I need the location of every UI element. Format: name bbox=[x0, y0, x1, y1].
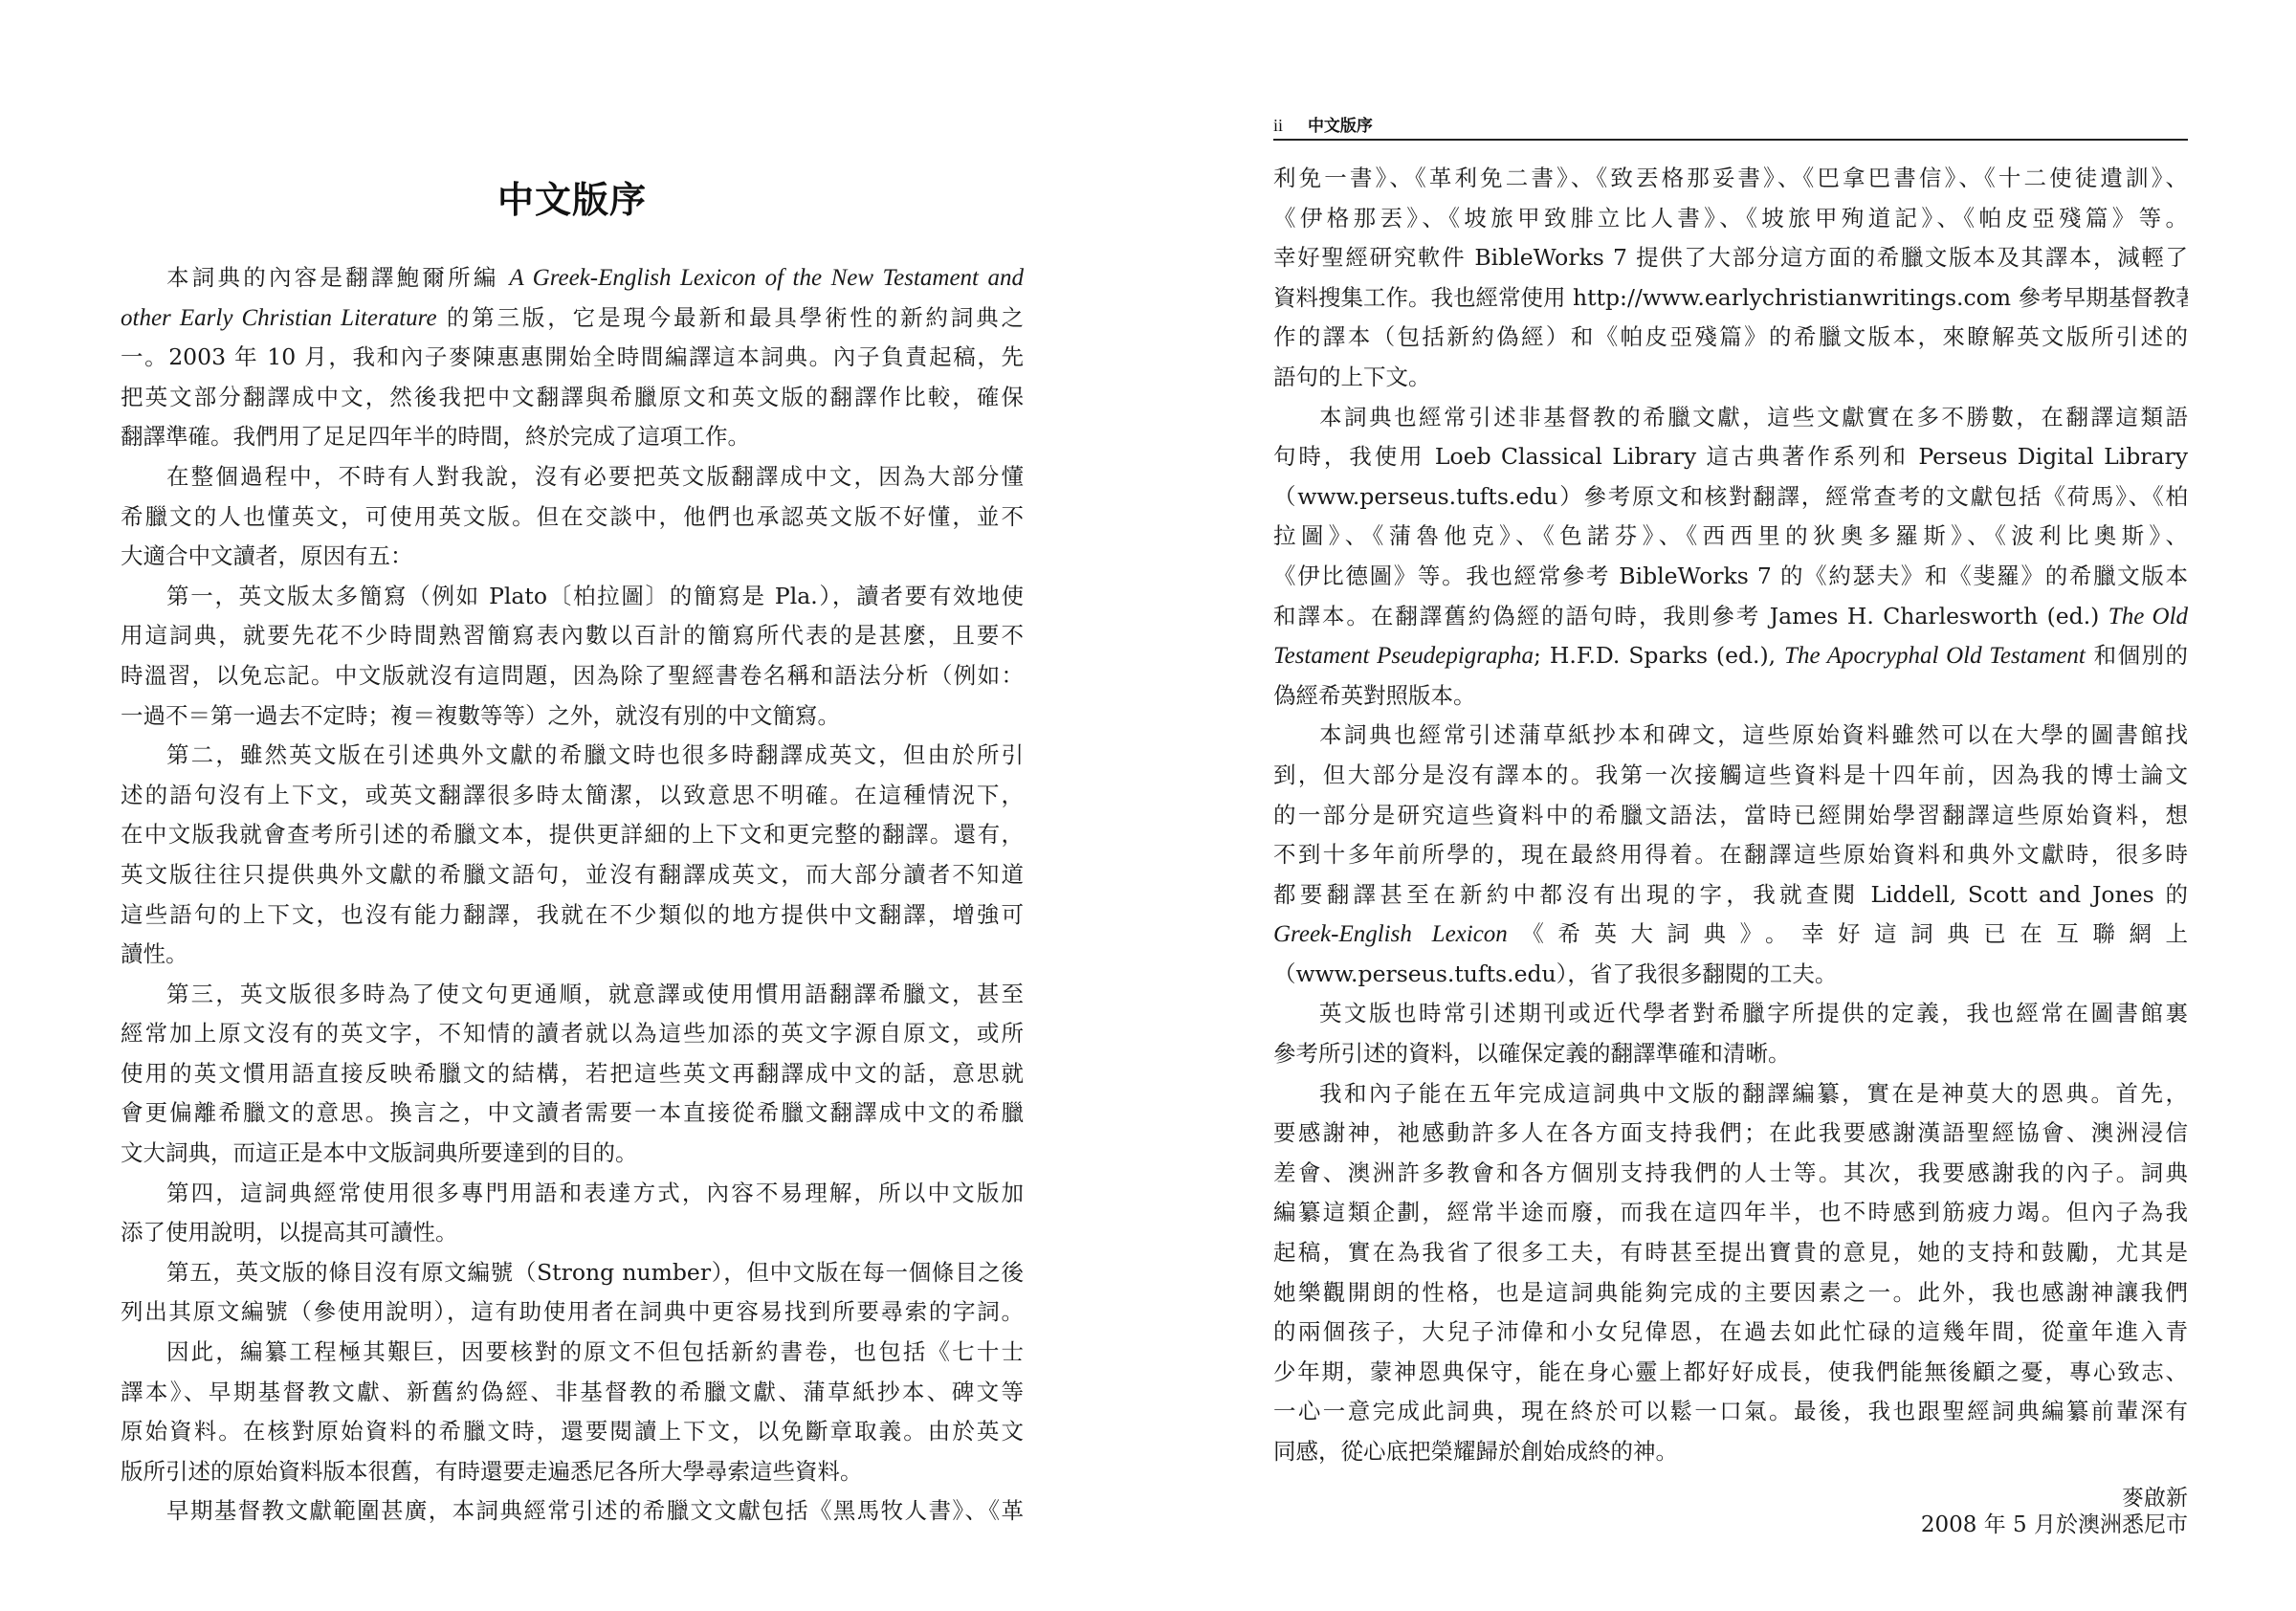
text-line: 一過不＝第一過去不定時；複＝複數等等）之外，就沒有別的中文簡寫。 bbox=[121, 696, 1024, 737]
text-run: 的一部分是研究這些資料中的希臘文語法，當時已經開始學習翻譯這些原始資料，想 bbox=[1273, 802, 2188, 828]
text-line: 偽經希英對照版本。 bbox=[1273, 676, 2188, 717]
text-run: 原始資料。在核對原始資料的希臘文時，還要閱讀上下文，以免斷章取義。由於英文 bbox=[121, 1418, 1024, 1445]
text-line: 不到十多年前所學的，現在最終用得着。在翻譯這些原始資料和典外文獻時，很多時 bbox=[1273, 835, 2188, 875]
text-line: 本詞典也經常引述蒲草紙抄本和碑文，這些原始資料雖然可以在大學的圖書館找 bbox=[1273, 716, 2188, 756]
text-run: 要感謝神，祂感動許多人在各方面支持我們；在此我要感謝漢語聖經協會、澳洲浸信 bbox=[1273, 1119, 2188, 1146]
left-page-body: 本詞典的內容是翻譯鮑爾所編 A Greek-English Lexicon of… bbox=[121, 258, 1024, 1532]
text-run: 本詞典也經常引述非基督教的希臘文獻，這些文獻實在多不勝數，在翻譯這類語 bbox=[1319, 404, 2188, 430]
text-line: 會更偏離希臘文的意思。換言之，中文讀者需要一本直接從希臘文翻譯成中文的希臘 bbox=[121, 1093, 1024, 1134]
text-run: 和譯本。在翻譯舊約偽經的語句時，我則參考 James H. Charleswor… bbox=[1273, 603, 2108, 629]
text-line: 語句的上下文。 bbox=[1273, 358, 2188, 398]
text-line: 添了使用說明，以提高其可讀性。 bbox=[121, 1213, 1024, 1253]
italic-title-text: The Old bbox=[2108, 604, 2188, 629]
text-run: 我和內子能在五年完成這詞典中文版的翻譯編纂，實在是神莫大的恩典。首先， bbox=[1319, 1080, 2188, 1107]
text-run: 因此，編纂工程極其艱巨，因要核對的原文不但包括新約書卷，也包括《七十士 bbox=[166, 1338, 1024, 1365]
text-run: 拉圖》、《蒲魯他克》、《色諾芬》、《西西里的狄奧多羅斯》、《波利比奧斯》、 bbox=[1273, 522, 2188, 549]
running-header-title: 中文版序 bbox=[1308, 117, 1373, 136]
text-line: 希臘文的人也懂英文，可使用英文版。但在交談中，他們也承認英文版不好懂，並不 bbox=[121, 497, 1024, 538]
text-run: 參考所引述的資料，以確保定義的翻譯準確和清晰。 bbox=[1273, 1040, 1791, 1067]
text-run: 經常加上原文沒有的英文字，不知情的讀者就以為這些加添的英文字源自原文，或所 bbox=[121, 1020, 1024, 1047]
text-run: 一過不＝第一過去不定時；複＝複數等等）之外，就沒有別的中文簡寫。 bbox=[121, 702, 840, 729]
text-run: 資料搜集工作。我也經常使用 http://www.earlychristianw… bbox=[1273, 284, 2188, 311]
italic-title-text: The Apocryphal Old Testament bbox=[1784, 643, 2086, 669]
text-line: 起稿，實在為我省了很多工夫，有時甚至提出寶貴的意見，她的支持和鼓勵，尤其是 bbox=[1273, 1233, 2188, 1273]
text-run: 本詞典也經常引述蒲草紙抄本和碑文，這些原始資料雖然可以在大學的圖書館找 bbox=[1319, 721, 2188, 748]
date-place: 2008 年 5 月於澳洲悉尼市 bbox=[1921, 1512, 2188, 1538]
text-run: 幸好聖經研究軟件 BibleWorks 7 提供了大部分這方面的希臘文版本及其譯… bbox=[1273, 244, 2188, 271]
text-line: 第五，英文版的條目沒有原文編號（Strong number），但中文版在每一個條… bbox=[121, 1253, 1024, 1293]
text-line: 幸好聖經研究軟件 BibleWorks 7 提供了大部分這方面的希臘文版本及其譯… bbox=[1273, 238, 2188, 278]
page-title: 中文版序 bbox=[121, 170, 1024, 223]
text-line: 早期基督教文獻範圍甚廣，本詞典經常引述的希臘文文獻包括《黑馬牧人書》、《革 bbox=[121, 1491, 1024, 1532]
text-run: 譯本》、早期基督教文獻、新舊約偽經、非基督教的希臘文獻、蒲草紙抄本、碑文等 bbox=[121, 1379, 1024, 1405]
text-line: 的一部分是研究這些資料中的希臘文語法，當時已經開始學習翻譯這些原始資料，想 bbox=[1273, 796, 2188, 836]
text-run: 《伊格那丟》、《坡旅甲致腓立比人書》、《坡旅甲殉道記》、《帕皮亞殘篇》等。 bbox=[1273, 205, 2188, 232]
text-run: 她樂觀開朗的性格，也是這詞典能夠完成的主要因素之一。此外，我也感謝神讓我們 bbox=[1273, 1279, 2188, 1306]
text-line: 列出其原文編號（參使用說明），這有助使用者在詞典中更容易找到所要尋索的字詞。 bbox=[121, 1292, 1024, 1333]
text-run: 早期基督教文獻範圍甚廣，本詞典經常引述的希臘文文獻包括《黑馬牧人書》、《革 bbox=[166, 1497, 1024, 1524]
text-line: 述的語句沒有上下文，或英文翻譯很多時太簡潔，以致意思不明確。在這種情況下， bbox=[121, 776, 1024, 816]
text-run: 語句的上下文。 bbox=[1273, 364, 1431, 390]
italic-title-text: other Early Christian Literature bbox=[121, 305, 437, 331]
right-page: ii 中文版序 利免一書》、《革利免二書》、《致丟格那妥書》、《巴拿巴書信》、《… bbox=[1273, 0, 2188, 1611]
text-run: ; H.F.D. Sparks (ed.), bbox=[1534, 642, 1784, 669]
text-line: 因此，編纂工程極其艱巨，因要核對的原文不但包括新約書卷，也包括《七十士 bbox=[121, 1333, 1024, 1373]
text-run: 第二，雖然英文版在引述典外文獻的希臘文時也很多時翻譯成英文，但由於所引 bbox=[166, 741, 1024, 768]
text-run: 的兩個孩子，大兒子沛偉和小女兒偉恩，在過去如此忙碌的這幾年間，從童年進入青 bbox=[1273, 1318, 2188, 1345]
text-line: （www.perseus.tufts.edu）參考原文和核對翻譯，經常查考的文獻… bbox=[1273, 477, 2188, 518]
text-line: 本詞典的內容是翻譯鮑爾所編 A Greek-English Lexicon of… bbox=[121, 258, 1024, 298]
text-line: （www.perseus.tufts.edu），省了我很多翻閱的工夫。 bbox=[1273, 955, 2188, 995]
text-line: 版所引述的原始資料版本很舊，有時還要走遍悉尼各所大學尋索這些資料。 bbox=[121, 1452, 1024, 1492]
text-run: 添了使用說明，以提高其可讀性。 bbox=[121, 1219, 458, 1246]
text-run: 本詞典的內容是翻譯鮑爾所編 bbox=[166, 264, 509, 291]
running-header: ii 中文版序 bbox=[1273, 112, 2188, 141]
text-line: 第二，雖然英文版在引述典外文獻的希臘文時也很多時翻譯成英文，但由於所引 bbox=[121, 736, 1024, 776]
text-run: 使用的英文慣用語直接反映希臘文的結構，若把這些英文再翻譯成中文的話，意思就 bbox=[121, 1060, 1024, 1087]
text-line: 時溫習，以免忘記。中文版就沒有這問題，因為除了聖經書卷名稱和語法分析（例如： bbox=[121, 656, 1024, 696]
text-run: 第一，英文版太多簡寫（例如 Plato〔柏拉圖〕的簡寫是 Pla.），讀者要有效… bbox=[166, 583, 1024, 609]
text-line: 大適合中文讀者，原因有五： bbox=[121, 537, 1024, 577]
text-run: 不到十多年前所學的，現在最終用得着。在翻譯這些原始資料和典外文獻時，很多時 bbox=[1273, 841, 2188, 868]
text-line: 差會、澳洲許多教會和各方個別支持我們的人士等。其次，我要感謝我的內子。詞典 bbox=[1273, 1154, 2188, 1194]
text-run: 《伊比德圖》等。我也經常參考 BibleWorks 7 的《約瑟夫》和《斐羅》的… bbox=[1273, 563, 2188, 589]
text-line: 原始資料。在核對原始資料的希臘文時，還要閱讀上下文，以免斷章取義。由於英文 bbox=[121, 1412, 1024, 1452]
text-run: 這些語句的上下文，也沒有能力翻譯，我就在不少類似的地方提供中文翻譯，增強可 bbox=[121, 901, 1024, 928]
text-run: （www.perseus.tufts.edu），省了我很多翻閱的工夫。 bbox=[1273, 960, 1837, 987]
text-line: 她樂觀開朗的性格，也是這詞典能夠完成的主要因素之一。此外，我也感謝神讓我們 bbox=[1273, 1273, 2188, 1313]
text-line: 在整個過程中，不時有人對我說，沒有必要把英文版翻譯成中文，因為大部分懂 bbox=[121, 457, 1024, 497]
text-line: 讀性。 bbox=[121, 935, 1024, 975]
text-run: 的第三版，它是現今最新和最具學術性的新約詞典之 bbox=[437, 304, 1024, 331]
text-line: 拉圖》、《蒲魯他克》、《色諾芬》、《西西里的狄奧多羅斯》、《波利比奧斯》、 bbox=[1273, 517, 2188, 557]
text-line: Testament Pseudepigrapha; H.F.D. Sparks … bbox=[1273, 636, 2188, 676]
text-line: 我和內子能在五年完成這詞典中文版的翻譯編纂，實在是神莫大的恩典。首先， bbox=[1273, 1074, 2188, 1114]
text-run: 到，但大部分是沒有譯本的。我第一次接觸這些資料是十四年前，因為我的博士論文 bbox=[1273, 761, 2188, 788]
text-run: 起稿，實在為我省了很多工夫，有時甚至提出寶貴的意見，她的支持和鼓勵，尤其是 bbox=[1273, 1239, 2188, 1266]
text-run: 句時，我使用 Loeb Classical Library 這古典著作系列和 P… bbox=[1273, 443, 2188, 470]
text-line: 一心一意完成此詞典，現在終於可以鬆一口氣。最後，我也跟聖經詞典編纂前輩深有 bbox=[1273, 1392, 2188, 1432]
text-line: 《伊比德圖》等。我也經常參考 BibleWorks 7 的《約瑟夫》和《斐羅》的… bbox=[1273, 557, 2188, 597]
text-run: 用這詞典，就要先花不少時間熟習簡寫表內數以百計的簡寫所代表的是甚麼，且要不 bbox=[121, 622, 1024, 649]
text-run: 差會、澳洲許多教會和各方個別支持我們的人士等。其次，我要感謝我的內子。詞典 bbox=[1273, 1159, 2188, 1186]
text-line: 句時，我使用 Loeb Classical Library 這古典著作系列和 P… bbox=[1273, 437, 2188, 477]
text-run: 都要翻譯甚至在新約中都沒有出現的字，我就查閱 Liddell, Scott an… bbox=[1273, 881, 2188, 908]
text-line: 使用的英文慣用語直接反映希臘文的結構，若把這些英文再翻譯成中文的話，意思就 bbox=[121, 1054, 1024, 1094]
text-line: 到，但大部分是沒有譯本的。我第一次接觸這些資料是十四年前，因為我的博士論文 bbox=[1273, 756, 2188, 796]
italic-title-text: Greek-English Lexicon bbox=[1273, 921, 1508, 947]
text-line: 譯本》、早期基督教文獻、新舊約偽經、非基督教的希臘文獻、蒲草紙抄本、碑文等 bbox=[121, 1373, 1024, 1413]
italic-title-text: Testament Pseudepigrapha bbox=[1273, 643, 1534, 669]
left-page: 中文版序 本詞典的內容是翻譯鮑爾所編 A Greek-English Lexic… bbox=[121, 0, 1024, 1611]
text-run: 翻譯準確。我們用了足足四年半的時間，終於完成了這項工作。 bbox=[121, 423, 750, 450]
text-run: 一。2003 年 10 月，我和內子麥陳惠惠開始全時間編譯這本詞典。內子負責起稿… bbox=[121, 343, 1024, 370]
text-line: 少年期，蒙神恩典保守，能在身心靈上都好好成長，使我們能無後顧之憂，專心致志、 bbox=[1273, 1353, 2188, 1393]
author-name: 麥啟新 bbox=[1921, 1485, 2188, 1512]
text-line: 英文版也時常引述期刊或近代學者對希臘字所提供的定義，我也經常在圖書館裏 bbox=[1273, 994, 2188, 1034]
page-number: ii bbox=[1273, 116, 1283, 135]
text-run: 第三，英文版很多時為了使文句更通順，就意譯或使用慣用語翻譯希臘文，甚至 bbox=[166, 981, 1024, 1007]
text-line: 編纂這類企劃，經常半途而廢，而我在這四年半，也不時感到筋疲力竭。但內子為我 bbox=[1273, 1193, 2188, 1233]
text-line: Greek-English Lexicon《希英大詞典》。幸好這詞典已在互聯網上 bbox=[1273, 915, 2188, 955]
text-run: 利免一書》、《革利免二書》、《致丟格那妥書》、《巴拿巴書信》、《十二使徒遺訓》、 bbox=[1273, 165, 2188, 191]
text-run: 《希英大詞典》。幸好這詞典已在互聯網上 bbox=[1508, 920, 2188, 947]
signature-block: 麥啟新 2008 年 5 月於澳洲悉尼市 bbox=[1921, 1485, 2188, 1538]
italic-title-text: A Greek-English Lexicon of the New Testa… bbox=[509, 265, 1024, 291]
text-run: 版所引述的原始資料版本很舊，有時還要走遍悉尼各所大學尋索這些資料。 bbox=[121, 1458, 863, 1485]
text-run: 會更偏離希臘文的意思。換言之，中文讀者需要一本直接從希臘文翻譯成中文的希臘 bbox=[121, 1099, 1024, 1126]
text-line: 利免一書》、《革利免二書》、《致丟格那妥書》、《巴拿巴書信》、《十二使徒遺訓》、 bbox=[1273, 159, 2188, 199]
text-line: 第三，英文版很多時為了使文句更通順，就意譯或使用慣用語翻譯希臘文，甚至 bbox=[121, 975, 1024, 1015]
text-run: 偽經希英對照版本。 bbox=[1273, 682, 1476, 709]
text-line: 英文版往往只提供典外文獻的希臘文語句，並沒有翻譯成英文，而大部分讀者不知道 bbox=[121, 855, 1024, 895]
text-line: 《伊格那丟》、《坡旅甲致腓立比人書》、《坡旅甲殉道記》、《帕皮亞殘篇》等。 bbox=[1273, 199, 2188, 239]
text-line: 本詞典也經常引述非基督教的希臘文獻，這些文獻實在多不勝數，在翻譯這類語 bbox=[1273, 398, 2188, 438]
text-line: 用這詞典，就要先花不少時間熟習簡寫表內數以百計的簡寫所代表的是甚麼，且要不 bbox=[121, 616, 1024, 656]
text-run: 少年期，蒙神恩典保守，能在身心靈上都好好成長，使我們能無後顧之憂，專心致志、 bbox=[1273, 1358, 2188, 1385]
text-run: 英文版往往只提供典外文獻的希臘文語句，並沒有翻譯成英文，而大部分讀者不知道 bbox=[121, 861, 1024, 888]
text-run: 列出其原文編號（參使用說明），這有助使用者在詞典中更容易找到所要尋索的字詞。 bbox=[121, 1298, 1024, 1325]
text-line: 資料搜集工作。我也經常使用 http://www.earlychristianw… bbox=[1273, 278, 2188, 319]
text-run: 作的譯本（包括新約偽經）和《帕皮亞殘篇》的希臘文版本，來瞭解英文版所引述的 bbox=[1273, 323, 2188, 350]
text-run: 把英文部分翻譯成中文，然後我把中文翻譯與希臘原文和英文版的翻譯作比較，確保 bbox=[121, 384, 1024, 410]
text-run: 英文版也時常引述期刊或近代學者對希臘字所提供的定義，我也經常在圖書館裏 bbox=[1319, 1000, 2188, 1026]
text-line: 要感謝神，祂感動許多人在各方面支持我們；在此我要感謝漢語聖經協會、澳洲浸信 bbox=[1273, 1114, 2188, 1154]
text-line: other Early Christian Literature 的第三版，它是… bbox=[121, 298, 1024, 339]
text-line: 和譯本。在翻譯舊約偽經的語句時，我則參考 James H. Charleswor… bbox=[1273, 597, 2188, 637]
text-line: 經常加上原文沒有的英文字，不知情的讀者就以為這些加添的英文字源自原文，或所 bbox=[121, 1014, 1024, 1054]
text-run: 讀性。 bbox=[121, 940, 188, 967]
text-run: 第四，這詞典經常使用很多專門用語和表達方式，內容不易理解，所以中文版加 bbox=[166, 1180, 1024, 1206]
text-line: 這些語句的上下文，也沒有能力翻譯，我就在不少類似的地方提供中文翻譯，增強可 bbox=[121, 895, 1024, 936]
text-line: 都要翻譯甚至在新約中都沒有出現的字，我就查閱 Liddell, Scott an… bbox=[1273, 875, 2188, 916]
text-run: 述的語句沒有上下文，或英文翻譯很多時太簡潔，以致意思不明確。在這種情況下， bbox=[121, 782, 1024, 808]
text-run: 大適合中文讀者，原因有五： bbox=[121, 542, 413, 569]
text-run: 時溫習，以免忘記。中文版就沒有這問題，因為除了聖經書卷名稱和語法分析（例如： bbox=[121, 662, 1024, 689]
text-run: 第五，英文版的條目沒有原文編號（Strong number），但中文版在每一個條… bbox=[166, 1259, 1024, 1286]
text-line: 把英文部分翻譯成中文，然後我把中文翻譯與希臘原文和英文版的翻譯作比較，確保 bbox=[121, 378, 1024, 418]
right-page-body: 利免一書》、《革利免二書》、《致丟格那妥書》、《巴拿巴書信》、《十二使徒遺訓》、… bbox=[1273, 159, 2188, 1472]
text-line: 的兩個孩子，大兒子沛偉和小女兒偉恩，在過去如此忙碌的這幾年間，從童年進入青 bbox=[1273, 1313, 2188, 1353]
text-run: （www.perseus.tufts.edu）參考原文和核對翻譯，經常查考的文獻… bbox=[1273, 483, 2188, 510]
text-line: 同感，從心底把榮耀歸於創始成終的神。 bbox=[1273, 1432, 2188, 1472]
text-run: 同感，從心底把榮耀歸於創始成終的神。 bbox=[1273, 1438, 1678, 1465]
text-line: 翻譯準確。我們用了足足四年半的時間，終於完成了這項工作。 bbox=[121, 417, 1024, 457]
text-line: 作的譯本（包括新約偽經）和《帕皮亞殘篇》的希臘文版本，來瞭解英文版所引述的 bbox=[1273, 318, 2188, 358]
text-run: 和個別的 bbox=[2086, 642, 2188, 669]
text-line: 第四，這詞典經常使用很多專門用語和表達方式，內容不易理解，所以中文版加 bbox=[121, 1174, 1024, 1214]
text-run: 編纂這類企劃，經常半途而廢，而我在這四年半，也不時感到筋疲力竭。但內子為我 bbox=[1273, 1199, 2188, 1225]
text-line: 參考所引述的資料，以確保定義的翻譯準確和清晰。 bbox=[1273, 1034, 2188, 1074]
text-run: 一心一意完成此詞典，現在終於可以鬆一口氣。最後，我也跟聖經詞典編纂前輩深有 bbox=[1273, 1398, 2188, 1424]
text-run: 文大詞典，而這正是本中文版詞典所要達到的目的。 bbox=[121, 1139, 638, 1166]
text-run: 希臘文的人也懂英文，可使用英文版。但在交談中，他們也承認英文版不好懂，並不 bbox=[121, 503, 1024, 530]
text-run: 在整個過程中，不時有人對我說，沒有必要把英文版翻譯成中文，因為大部分懂 bbox=[166, 463, 1024, 490]
text-line: 第一，英文版太多簡寫（例如 Plato〔柏拉圖〕的簡寫是 Pla.），讀者要有效… bbox=[121, 577, 1024, 617]
text-line: 一。2003 年 10 月，我和內子麥陳惠惠開始全時間編譯這本詞典。內子負責起稿… bbox=[121, 338, 1024, 378]
text-line: 文大詞典，而這正是本中文版詞典所要達到的目的。 bbox=[121, 1134, 1024, 1174]
text-line: 在中文版我就會查考所引述的希臘文本，提供更詳細的上下文和更完整的翻譯。還有， bbox=[121, 815, 1024, 855]
text-run: 在中文版我就會查考所引述的希臘文本，提供更詳細的上下文和更完整的翻譯。還有， bbox=[121, 821, 1024, 848]
